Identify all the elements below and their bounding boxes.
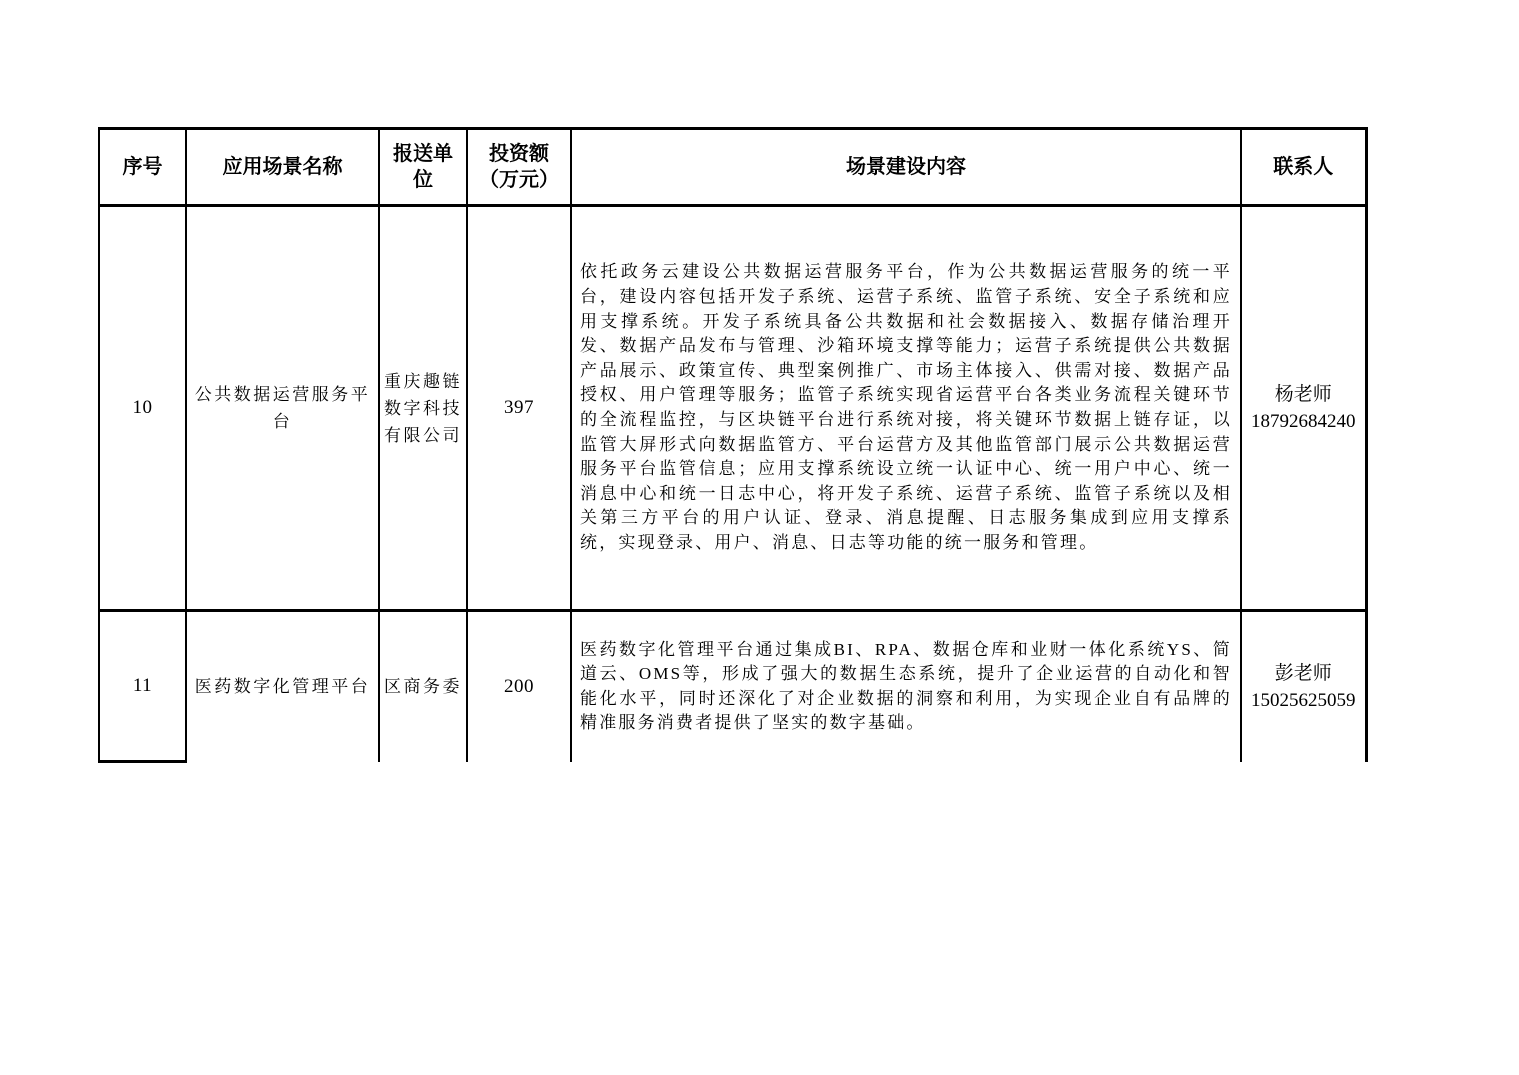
investment-cell: 200 [467, 611, 571, 762]
contact-phone: 18792684240 [1244, 408, 1363, 435]
investment-cell: 397 [467, 206, 571, 611]
contact-name: 彭老师 [1244, 660, 1363, 687]
row-number-cell: 10 [99, 206, 186, 611]
header-cell-investment: 投资额 （万元） [467, 129, 571, 206]
contact-cell: 彭老师 15025625059 [1241, 611, 1366, 762]
header-cell-name: 应用场景名称 [186, 129, 379, 206]
scenario-name-cell: 公共数据运营服务平 台 [186, 206, 379, 611]
scenario-name-cell: 医药数字化管理平台 [186, 611, 379, 762]
document-page: 序号 应用场景名称 报送单 位 投资额 （万元） 场景建设内容 联系人 10 公… [0, 0, 1519, 1075]
row-number-cell: 11 [99, 611, 186, 762]
header-cell-no: 序号 [99, 129, 186, 206]
reporting-unit-cell: 区商务委 [379, 611, 467, 762]
header-cell-content: 场景建设内容 [571, 129, 1241, 206]
contact-cell: 杨老师 18792684240 [1241, 206, 1366, 611]
table-row: 10 公共数据运营服务平 台 重庆趣链 数字科技 有限公司 397 依托政务云建… [99, 206, 1366, 611]
contact-name: 杨老师 [1244, 381, 1363, 408]
header-cell-contact: 联系人 [1241, 129, 1366, 206]
content-cell: 医药数字化管理平台通过集成BI、RPA、数据仓库和业财一体化系统YS、简道云、O… [571, 611, 1241, 762]
scenario-table: 序号 应用场景名称 报送单 位 投资额 （万元） 场景建设内容 联系人 10 公… [98, 127, 1368, 763]
table-row: 11 医药数字化管理平台 区商务委 200 医药数字化管理平台通过集成BI、RP… [99, 611, 1366, 762]
content-cell: 依托政务云建设公共数据运营服务平台，作为公共数据运营服务的统一平台，建设内容包括… [571, 206, 1241, 611]
header-cell-unit: 报送单 位 [379, 129, 467, 206]
table-header-row: 序号 应用场景名称 报送单 位 投资额 （万元） 场景建设内容 联系人 [99, 129, 1366, 206]
contact-phone: 15025625059 [1244, 687, 1363, 714]
reporting-unit-cell: 重庆趣链 数字科技 有限公司 [379, 206, 467, 611]
